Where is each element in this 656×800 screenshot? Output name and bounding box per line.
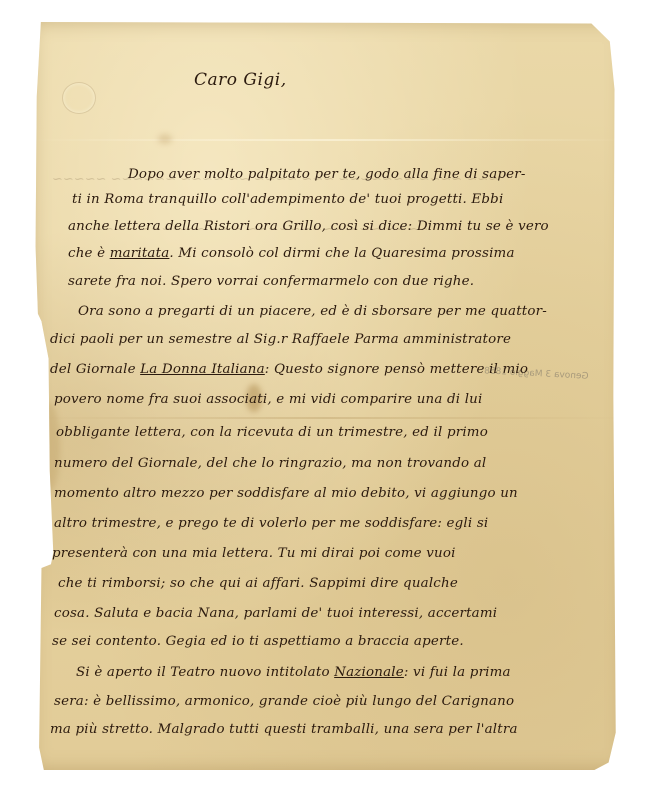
salutation: Caro Gigi,: [194, 70, 287, 90]
scan-background: ~~~ ~~~~ ~~~~~~~ ~~~ ~~~~ ~~ ~~~~ ~~~~~~…: [0, 0, 656, 800]
letter-line: sera: è bellissimo, armonico, grande cio…: [54, 694, 514, 709]
letter-line: Si è aperto il Teatro nuovo intitolato N…: [76, 665, 511, 680]
letter-line: che è maritata. Mi consolò col dirmi che…: [68, 246, 515, 261]
letter-line: Ora sono a pregarti di un piacere, ed è …: [78, 304, 547, 319]
letter-line: Dopo aver molto palpitato per te, godo a…: [128, 167, 526, 182]
letter-line: momento altro mezzo per soddisfare al mi…: [54, 486, 518, 501]
letter-line: cosa. Saluta e bacia Nana, parlami de' t…: [54, 606, 497, 621]
letter-line: ti in Roma tranquillo coll'adempimento d…: [72, 192, 503, 207]
letter-line: altro trimestre, e prego te di volerlo p…: [54, 516, 488, 531]
letter-line: obbligante lettera, con la ricevuta di u…: [56, 425, 488, 440]
letter-line: povero nome fra suoi associati, e mi vid…: [54, 392, 482, 407]
letter-line: anche lettera della Ristori ora Grillo, …: [68, 219, 549, 234]
letter-body: Caro Gigi, Dopo aver molto palpitato per…: [32, 22, 624, 770]
letter-line: se sei contento. Gegia ed io ti aspettia…: [52, 634, 464, 649]
letter-line: sarete fra noi. Spero vorrai confermarme…: [68, 274, 474, 289]
letter-line: del Giornale La Donna Italiana: Questo s…: [50, 362, 528, 377]
letter-line: ma più stretto. Malgrado tutti questi tr…: [50, 722, 518, 737]
letter-line: che ti rimborsi; so che qui ai affari. S…: [58, 576, 458, 591]
letter-line: dici paoli per un semestre al Sig.r Raff…: [50, 332, 511, 347]
letter-line: presenterà con una mia lettera. Tu mi di…: [52, 546, 456, 561]
letter-sheet: ~~~ ~~~~ ~~~~~~~ ~~~ ~~~~ ~~ ~~~~ ~~~~~~…: [32, 22, 624, 770]
underlined-word: che è maritata. Mi consolò col dirmi che…: [68, 246, 515, 261]
underlined-phrase: maritata: [110, 246, 170, 261]
underlined-phrase: La Donna Italiana: [140, 362, 265, 377]
letter-line: numero del Giornale, del che lo ringrazi…: [54, 456, 486, 471]
underlined-phrase: Nazionale: [334, 665, 404, 680]
